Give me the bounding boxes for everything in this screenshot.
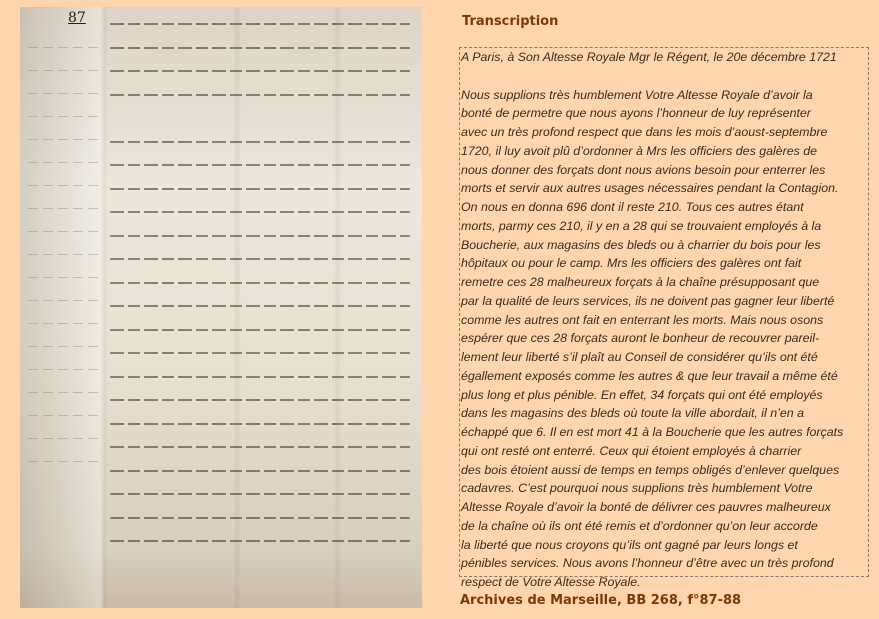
manuscript-image: 87	[20, 7, 422, 608]
transcription-text-box[interactable]: A Paris, à Son Altesse Royale Mgr le Rég…	[459, 47, 869, 577]
transcription-line: la liberté que nous croyons qu’ils ont g…	[461, 536, 868, 555]
transcription-line: bonté de permetre que nous ayons l’honne…	[461, 104, 868, 123]
transcription-line: morts, parmy ces 210, il y en a 28 qui s…	[461, 217, 868, 236]
transcription-line: lement leur liberté s’il plaît au Consei…	[461, 348, 868, 367]
transcription-line: morts et servir aux autres usages nécess…	[461, 179, 868, 198]
transcription-line: de la chaîne où ils ont été remis et d’o…	[461, 517, 868, 536]
transcription-line: espérer que ces 28 forçats auront le bon…	[461, 329, 868, 348]
transcription-line: On nous en donna 696 dont il reste 210. …	[461, 198, 868, 217]
transcription-line: échappé que 6. Il en est mort 41 à la Bo…	[461, 423, 868, 442]
transcription-line: 1720, il luy avoit plû d’ordonner à Mrs …	[461, 142, 868, 161]
letter-heading: A Paris, à Son Altesse Royale Mgr le Rég…	[461, 48, 868, 67]
archive-source-citation: Archives de Marseille, BB 268, f°87-88	[460, 593, 741, 608]
transcription-line: pénibles services. Nous avons l’honneur …	[461, 554, 868, 573]
transcription-line: comme les autres ont fait en enterrant l…	[461, 311, 868, 330]
bleed-through-handwriting	[28, 47, 98, 484]
transcription-line: dans les magasins des bleds où toute la …	[461, 404, 868, 423]
handwritten-lines	[110, 23, 410, 564]
transcription-line: Boucherie, aux magasins des bleds ou à c…	[461, 236, 868, 255]
transcription-line: des bois étoient aussi de temps en temps…	[461, 461, 868, 480]
transcription-line: hôpitaux ou pour le camp. Mrs les offici…	[461, 254, 868, 273]
transcription-line: Altesse Royale d’avoir la bonté de déliv…	[461, 498, 868, 517]
transcription-line: Nous supplions très humblement Votre Alt…	[461, 86, 868, 105]
transcription-line: plus long et plus pénible. En effet, 34 …	[461, 386, 868, 405]
transcription-line: avec un très profond respect que dans le…	[461, 123, 868, 142]
transcription-title: Transcription	[462, 14, 558, 29]
transcription-line: cadavres. C’est pourquoi nous supplions …	[461, 479, 868, 498]
transcription-line: remetre ces 28 malheureux forçats à la c…	[461, 273, 868, 292]
transcription-line: qui ont resté ont enterré. Ceux qui étoi…	[461, 442, 868, 461]
transcription-line: nous donner des forçats dont nous avions…	[461, 161, 868, 180]
folio-number: 87	[68, 10, 86, 26]
transcription-line: respect de Votre Altesse Royale.	[461, 573, 868, 592]
transcription-line: par la qualité de leurs services, ils ne…	[461, 292, 868, 311]
transcription-line: égallement exposés comme les autres & qu…	[461, 367, 868, 386]
